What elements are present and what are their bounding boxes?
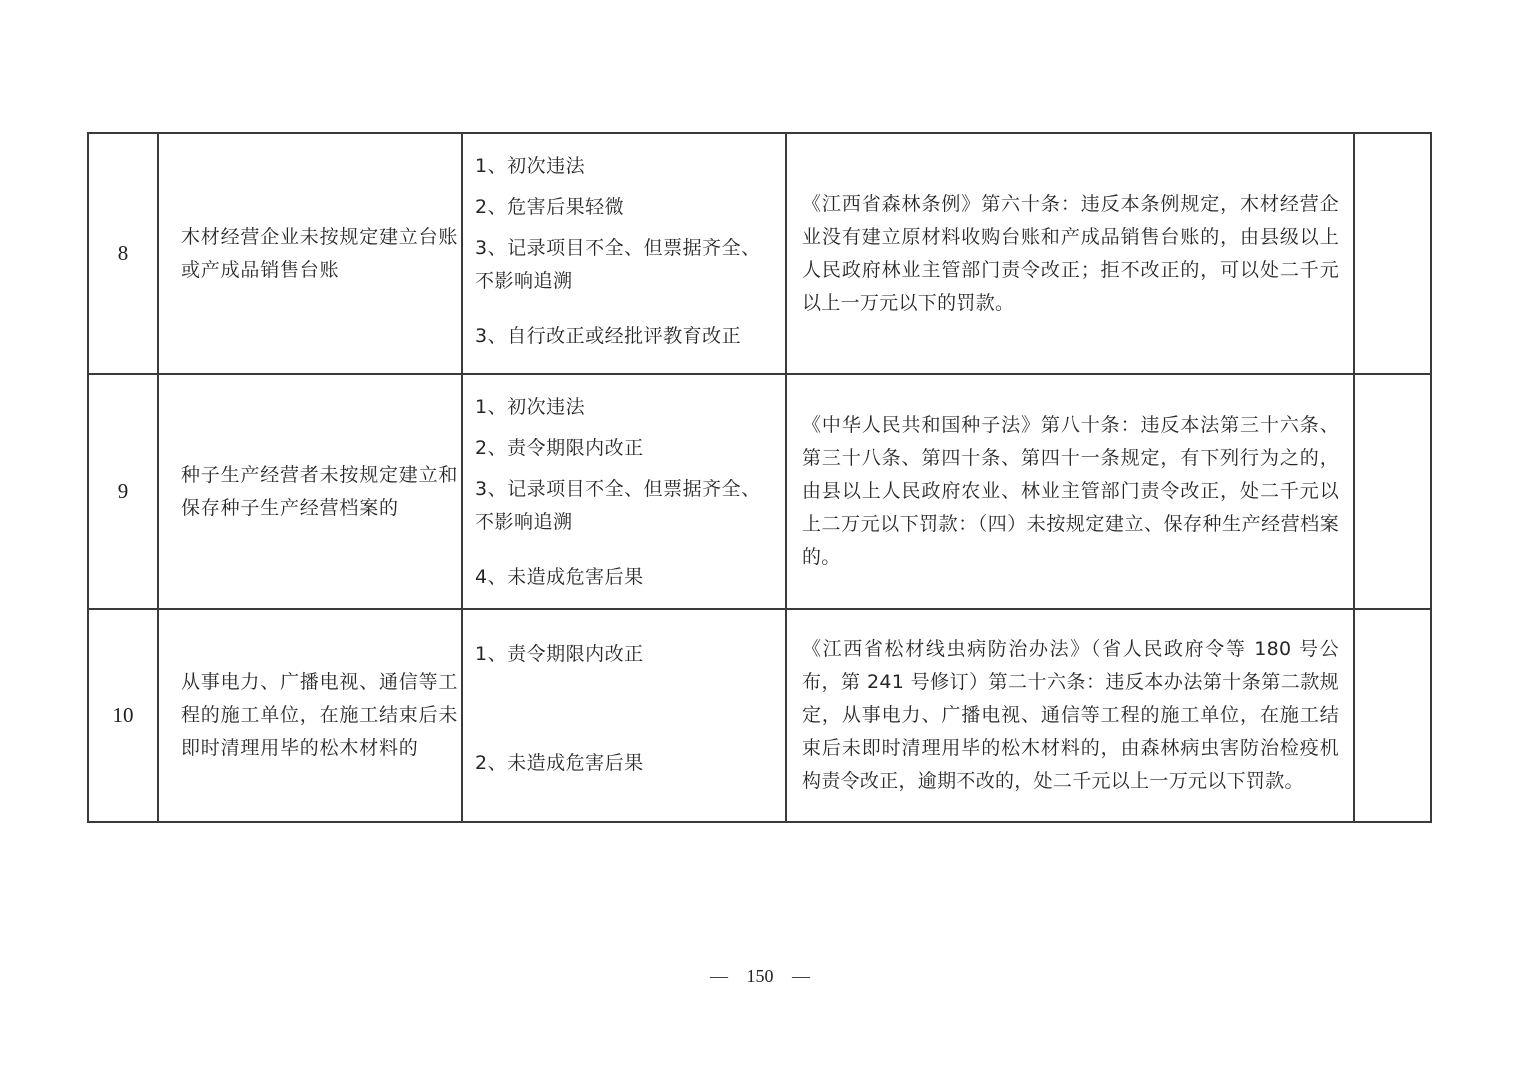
condition-item: 3、记录项目不全、但票据齐全、不影响追溯 (475, 473, 777, 539)
row-number: 9 (89, 375, 159, 610)
condition-item: 3、自行改正或经批评教育改正 (475, 320, 777, 353)
condition-item: 1、初次违法 (475, 150, 777, 183)
conditions-cell: 1、初次违法 2、危害后果轻微 3、记录项目不全、但票据齐全、不影响追溯 3、自… (463, 134, 787, 375)
condition-item: 2、危害后果轻微 (475, 191, 777, 224)
conditions-cell: 1、初次违法 2、责令期限内改正 3、记录项目不全、但票据齐全、不影响追溯 4、… (463, 375, 787, 610)
violation-text: 种子生产经营者未按规定建立和保存种子生产经营档案的 (181, 459, 459, 525)
page-number: — 150 — (0, 966, 1520, 987)
violation-cell: 从事电力、广播电视、通信等工程的施工单位，在施工结束后未即时清理用毕的松木材料的 (159, 610, 463, 823)
condition-item: 3、记录项目不全、但票据齐全、不影响追溯 (475, 232, 777, 298)
legal-basis-cell: 《江西省森林条例》第六十条：违反本条例规定，木材经营企业没有建立原材料收购台账和… (787, 134, 1355, 375)
violation-text: 木材经营企业未按规定建立台账或产成品销售台账 (181, 221, 459, 287)
condition-item: 2、未造成危害后果 (475, 747, 777, 780)
condition-item: 4、未造成危害后果 (475, 561, 777, 594)
violation-cell: 木材经营企业未按规定建立台账或产成品销售台账 (159, 134, 463, 375)
penalty-discretion-table: 8 木材经营企业未按规定建立台账或产成品销售台账 1、初次违法 2、危害后果轻微… (87, 132, 1432, 823)
legal-basis-cell: 《江西省松材线虫病防治办法》（省人民政府令等 180 号公布，第 241 号修订… (787, 610, 1355, 823)
row-number: 10 (89, 610, 159, 823)
row-number: 8 (89, 134, 159, 375)
legal-basis-text: 《中华人民共和国种子法》第八十条：违反本法第三十六条、第三十八条、第四十条、第四… (802, 409, 1339, 574)
legal-basis-cell: 《中华人民共和国种子法》第八十条：违反本法第三十六条、第三十八条、第四十条、第四… (787, 375, 1355, 610)
conditions-cell: 1、责令期限内改正 2、未造成危害后果 (463, 610, 787, 823)
condition-item: 2、责令期限内改正 (475, 432, 777, 465)
remark-cell (1355, 375, 1432, 610)
violation-cell: 种子生产经营者未按规定建立和保存种子生产经营档案的 (159, 375, 463, 610)
remark-cell (1355, 134, 1432, 375)
condition-item: 1、责令期限内改正 (475, 638, 777, 671)
condition-item: 1、初次违法 (475, 391, 777, 424)
remark-cell (1355, 610, 1432, 823)
violation-text: 从事电力、广播电视、通信等工程的施工单位，在施工结束后未即时清理用毕的松木材料的 (181, 666, 459, 765)
legal-basis-text: 《江西省森林条例》第六十条：违反本条例规定，木材经营企业没有建立原材料收购台账和… (802, 188, 1339, 320)
legal-basis-text: 《江西省松材线虫病防治办法》（省人民政府令等 180 号公布，第 241 号修订… (802, 633, 1339, 798)
